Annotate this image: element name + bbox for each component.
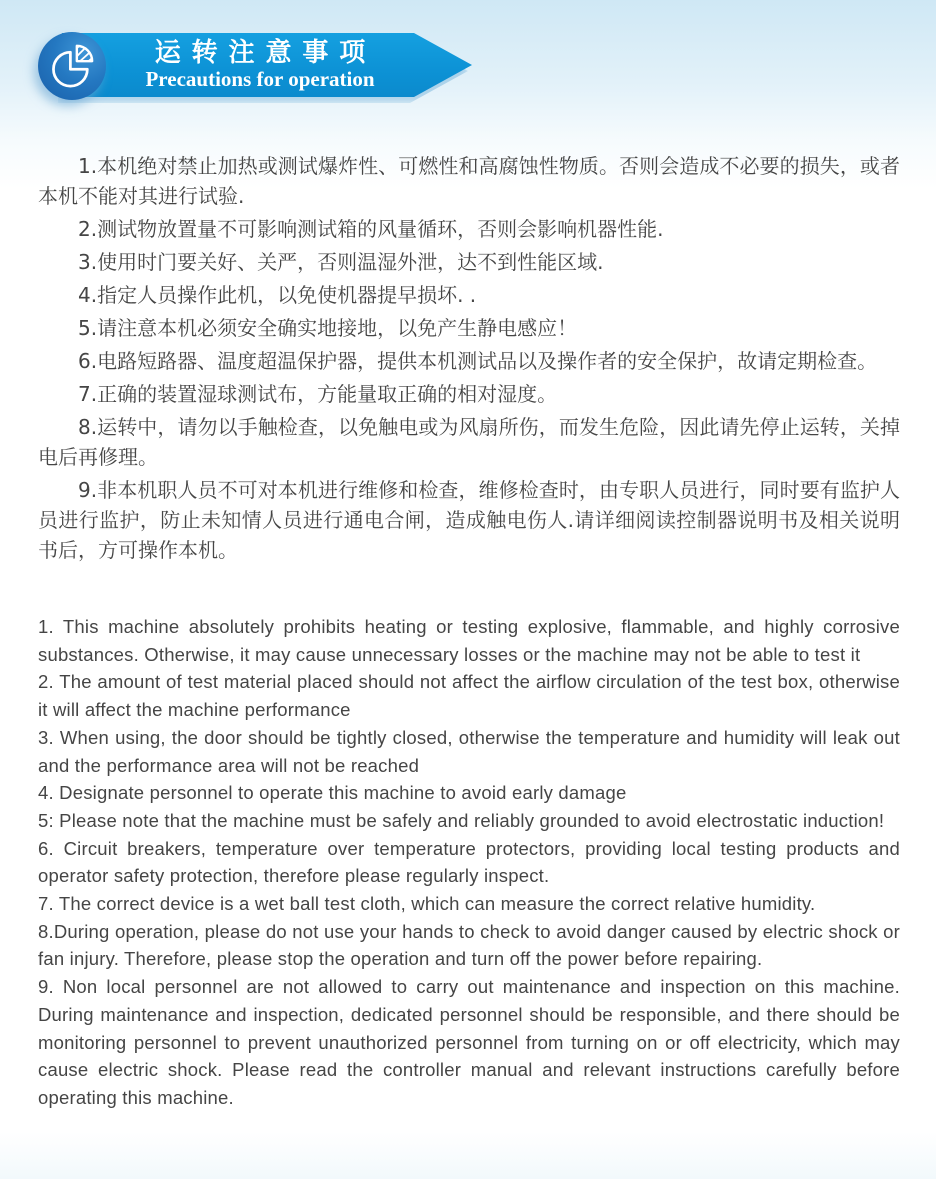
zh-precaution-2: 2.测试物放置量不可影响测试箱的风量循环，否则会影响机器性能.: [38, 214, 900, 244]
zh-precaution-5: 5.请注意本机必须安全确实地接地，以免产生静电感应！: [38, 313, 900, 343]
zh-precaution-6: 6.电路短路器、温度超温保护器，提供本机测试品以及操作者的安全保护，故请定期检查…: [38, 346, 900, 376]
zh-precaution-4: 4.指定人员操作此机，以免使机器提早损坏. .: [38, 280, 900, 310]
english-precautions-list: 1. This machine absolutely prohibits hea…: [38, 613, 900, 1112]
section-title-en: Precautions for operation: [145, 67, 374, 91]
en-precaution-6: 6. Circuit breakers, temperature over te…: [38, 835, 900, 890]
zh-precaution-3: 3.使用时门要关好、关严，否则温湿外泄，达不到性能区域.: [38, 247, 900, 277]
zh-precaution-1: 1.本机绝对禁止加热或测试爆炸性、可燃性和高腐蚀性物质。否则会造成不必要的损失，…: [38, 151, 900, 211]
zh-precaution-9: 9.非本机职人员不可对本机进行维修和检查，维修检查时，由专职人员进行，同时要有监…: [38, 475, 900, 565]
en-precaution-3: 3. When using, the door should be tightl…: [38, 724, 900, 779]
zh-precaution-8: 8.运转中，请勿以手触检查，以免触电或为风扇所伤，而发生危险，因此请先停止运转，…: [38, 412, 900, 472]
en-precaution-8: 8.During operation, please do not use yo…: [38, 918, 900, 973]
en-precaution-5: 5: Please note that the machine must be …: [38, 807, 900, 835]
manual-page: 运转注意事项 Precautions for operation: [0, 0, 936, 1179]
pie-chart-icon: [38, 32, 106, 100]
zh-precaution-7: 7.正确的装置湿球测试布，方能量取正确的相对湿度。: [38, 379, 900, 409]
chinese-precautions-list: 1.本机绝对禁止加热或测试爆炸性、可燃性和高腐蚀性物质。否则会造成不必要的损失，…: [38, 151, 900, 565]
en-precaution-7: 7. The correct device is a wet ball test…: [38, 890, 900, 918]
section-header: 运转注意事项 Precautions for operation: [0, 0, 936, 130]
en-precaution-1: 1. This machine absolutely prohibits hea…: [38, 613, 900, 668]
en-precaution-4: 4. Designate personnel to operate this m…: [38, 779, 900, 807]
header-banner: 运转注意事项 Precautions for operation: [62, 33, 472, 97]
content: 1.本机绝对禁止加热或测试爆炸性、可燃性和高腐蚀性物质。否则会造成不必要的损失，…: [38, 148, 900, 1112]
en-precaution-2: 2. The amount of test material placed sh…: [38, 668, 900, 723]
section-title-zh: 运转注意事项: [155, 39, 377, 66]
en-precaution-9: 9. Non local personnel are not allowed t…: [38, 973, 900, 1112]
